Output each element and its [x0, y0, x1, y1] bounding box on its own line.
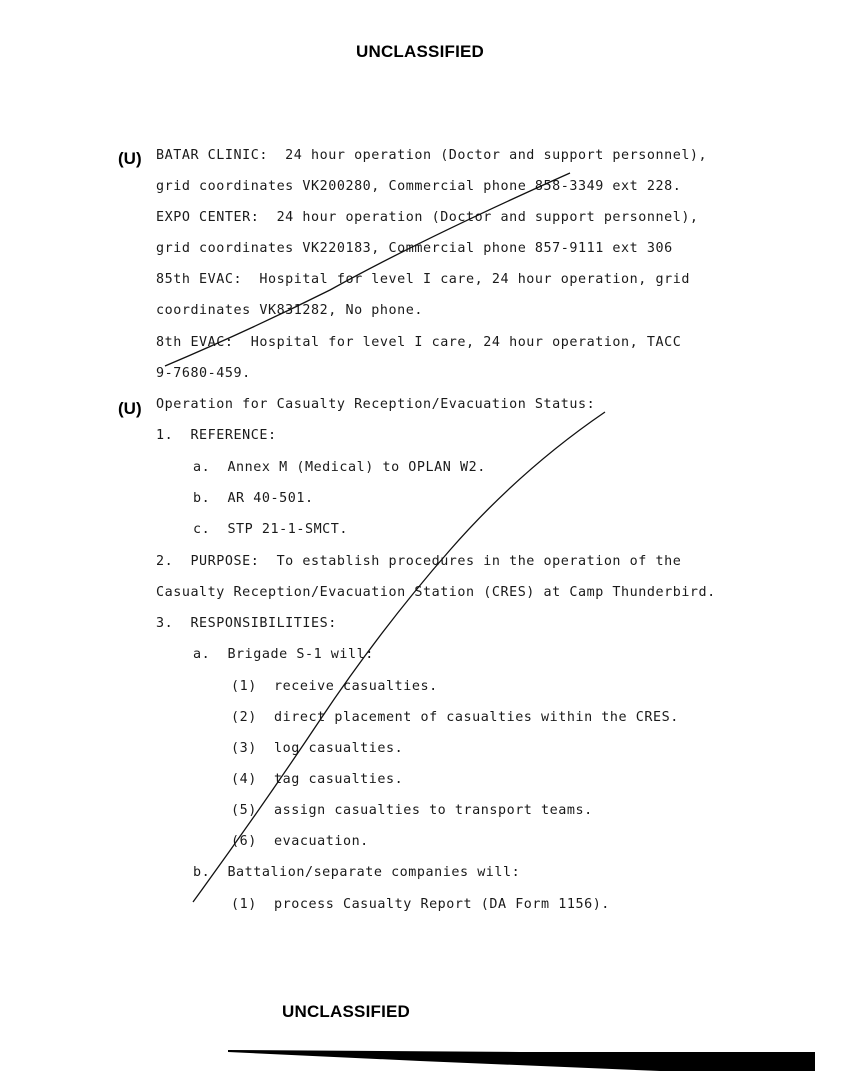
- scan-edge-shape: [228, 1050, 815, 1071]
- scan-edge-bar: [0, 0, 850, 1071]
